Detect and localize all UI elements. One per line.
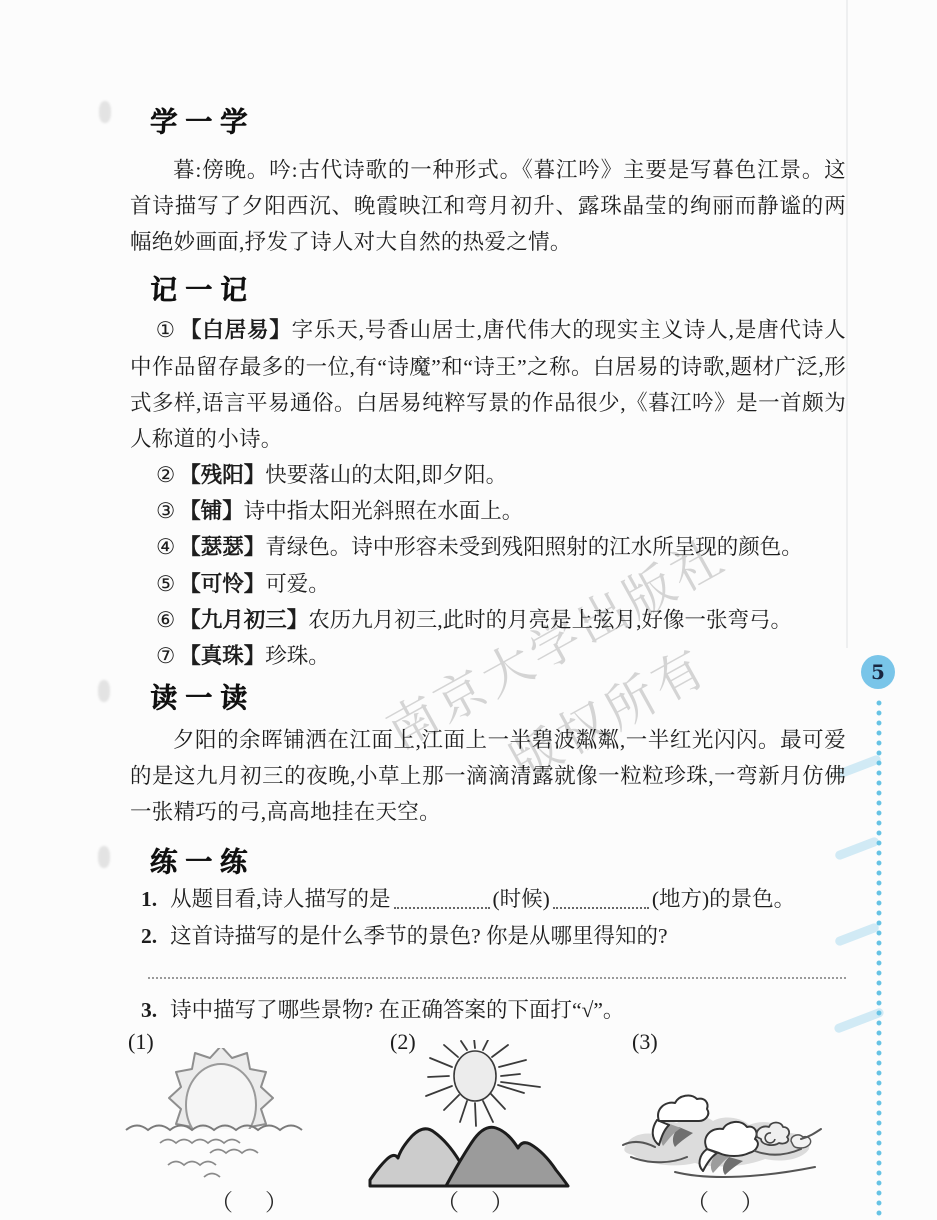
sun-disc <box>186 1064 256 1146</box>
dotted-separator <box>148 977 846 979</box>
waves-illustration <box>615 1075 825 1190</box>
scan-smudge <box>98 680 110 702</box>
scan-smudge <box>98 846 110 868</box>
question-text: (地方)的景色。 <box>652 887 795 911</box>
question-number: 2. <box>141 924 157 948</box>
fill-blank-time <box>394 886 490 909</box>
glossary-item-kelian: ⑤【可怜】可爱。 <box>156 567 330 598</box>
glossary-term: 【真珠】 <box>179 644 265 669</box>
item-number: ⑤ <box>156 572 175 596</box>
glossary-term: 【白居易】 <box>180 318 292 343</box>
item-number: ③ <box>156 499 175 523</box>
question-2: 2.这首诗描写的是什么季节的景色? 你是从哪里得知的? <box>141 919 668 950</box>
wave-line <box>801 1129 821 1139</box>
paren-open: （ <box>436 1184 459 1217</box>
paren-close: ） <box>491 1184 514 1217</box>
question-1: 1.从题目看,诗人描写的是(时候)(地方)的景色。 <box>141 882 795 913</box>
question-text: (时候) <box>493 887 550 911</box>
glossary-term: 【铺】 <box>179 499 244 524</box>
question-number: 3. <box>141 998 157 1022</box>
figure-sun-over-mountains <box>368 1040 578 1195</box>
answer-parens-2: （） <box>436 1184 514 1217</box>
water-ripple <box>204 1174 220 1178</box>
section-title-learn: 学一学 <box>149 99 256 140</box>
glossary-item-sese: ④【瑟瑟】青绿色。诗中形容未受到残阳照射的江水所呈现的颜色。 <box>156 530 803 561</box>
section-title-practice: 练一练 <box>149 839 256 880</box>
wave-foam <box>658 1096 708 1121</box>
section-title-read: 读一读 <box>149 675 256 716</box>
sun-disc <box>454 1051 496 1101</box>
scan-smudge <box>99 101 111 123</box>
mountain-right <box>446 1127 568 1186</box>
glossary-text: 快要落山的太阳,即夕阳。 <box>265 463 507 487</box>
item-number: ④ <box>156 535 175 559</box>
water-ripple <box>168 1162 216 1166</box>
wave-line <box>675 1167 815 1177</box>
read-paragraph: 夕阳的余晖铺洒在江面上,江面上一半碧波粼粼,一半红光闪闪。最可爱的是这九月初三的… <box>130 722 846 830</box>
glossary-text: 农历九月初三,此时的月亮是上弦月,好像一张弯弓。 <box>308 608 792 632</box>
figure-setting-sun-over-water <box>118 1048 318 1191</box>
paren-open: （ <box>210 1184 233 1217</box>
workbook-page: 南京大学出版社 版权所有 学一学 暮:傍晚。吟:古代诗歌的一种形式。《暮江吟》主… <box>0 0 937 1220</box>
glossary-item-canyang: ②【残阳】快要落山的太阳,即夕阳。 <box>156 458 507 489</box>
question-text: 这首诗描写的是什么季节的景色? 你是从哪里得知的? <box>170 924 667 948</box>
glossary-term: 【可怜】 <box>179 572 265 597</box>
answer-parens-3: （） <box>686 1184 764 1217</box>
glossary-item-jiuyuechusan: ⑥【九月初三】农历九月初三,此时的月亮是上弦月,好像一张弯弓。 <box>156 603 792 634</box>
paren-close: ） <box>265 1184 288 1217</box>
section-title-remember: 记一记 <box>149 267 256 308</box>
question-text: 诗中描写了哪些景物? 在正确答案的下面打“√”。 <box>170 998 624 1022</box>
dotted-vertical-rule <box>876 699 882 1220</box>
page-edge-line <box>846 0 848 648</box>
blue-decor-stroke <box>834 922 880 947</box>
question-3: 3.诗中描写了哪些景物? 在正确答案的下面打“√”。 <box>141 993 624 1024</box>
option-label-3: (3) <box>632 1029 658 1055</box>
item-number: ② <box>156 463 175 487</box>
glossary-text: 珍珠。 <box>265 644 330 668</box>
glossary-item-baijuyi: ①【白居易】字乐天,号香山居士,唐代伟大的现实主义诗人,是唐代诗人中作品留存最多… <box>130 312 846 457</box>
glossary-text: 青绿色。诗中形容未受到残阳照射的江水所呈现的颜色。 <box>265 535 803 559</box>
glossary-item-pu: ③【铺】诗中指太阳光斜照在水面上。 <box>156 494 523 525</box>
setting-sun-illustration <box>118 1048 318 1186</box>
sun-mountains-illustration <box>368 1040 578 1190</box>
learn-paragraph: 暮:傍晚。吟:古代诗歌的一种形式。《暮江吟》主要是写暮色江景。这首诗描写了夕阳西… <box>130 152 846 260</box>
answer-parens-1: （） <box>210 1184 288 1217</box>
blue-decor-stroke <box>834 836 880 861</box>
item-number: ⑦ <box>156 644 175 668</box>
paren-close: ） <box>741 1184 764 1217</box>
figure-river-waves <box>615 1075 825 1195</box>
question-text: 从题目看,诗人描写的是 <box>170 887 390 911</box>
glossary-term: 【瑟瑟】 <box>179 535 265 560</box>
paren-open: （ <box>686 1184 709 1217</box>
item-number: ⑥ <box>156 608 175 632</box>
glossary-item-zhenzhu: ⑦【真珠】珍珠。 <box>156 639 330 670</box>
question-number: 1. <box>141 887 157 911</box>
item-number: ① <box>156 318 176 342</box>
water-ripple <box>160 1140 240 1144</box>
glossary-term: 【九月初三】 <box>179 608 308 633</box>
page-number-badge: 5 <box>861 655 895 689</box>
glossary-text: 诗中指太阳光斜照在水面上。 <box>244 499 524 523</box>
glossary-term: 【残阳】 <box>179 463 265 488</box>
glossary-text: 可爱。 <box>265 572 330 596</box>
water-ripple <box>210 1150 258 1154</box>
fill-blank-place <box>553 886 649 909</box>
